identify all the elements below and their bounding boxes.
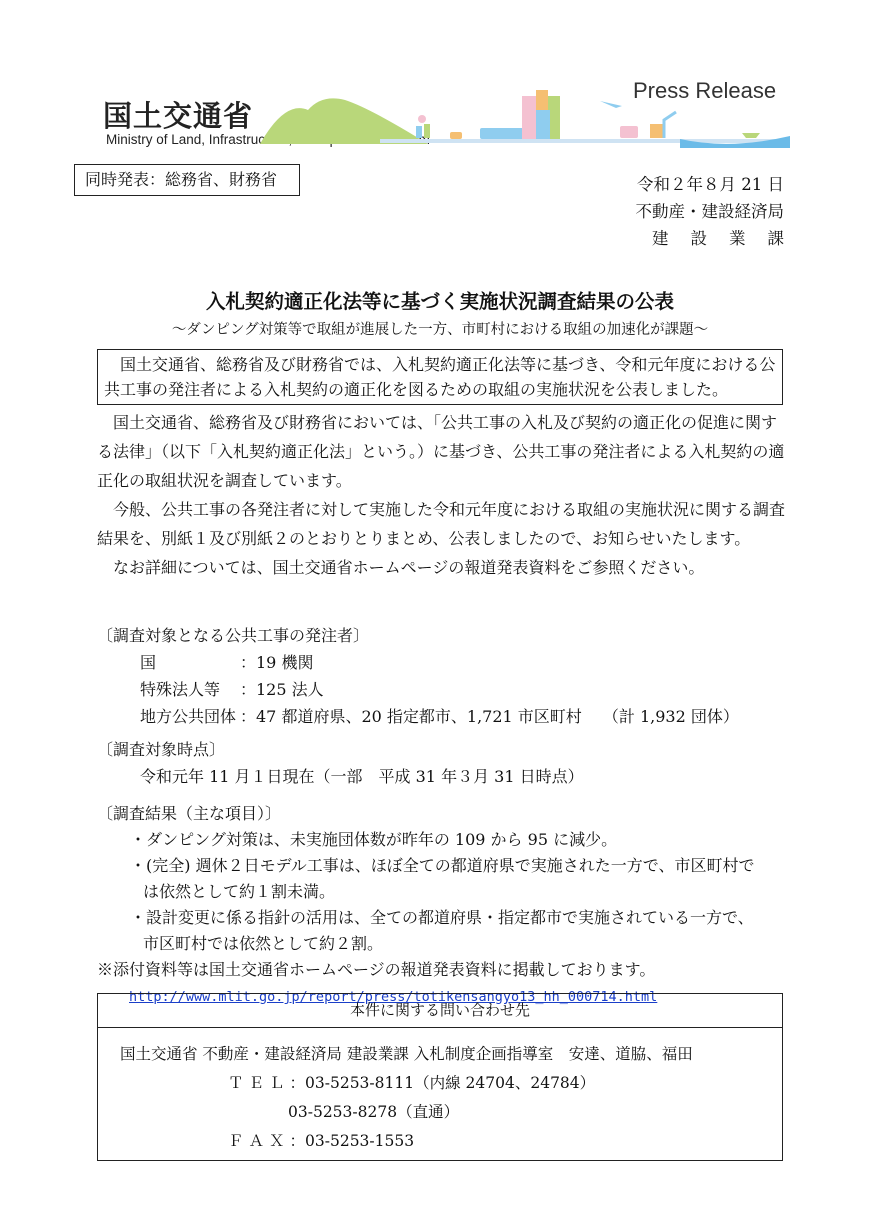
truck-icon <box>620 126 638 138</box>
target-row: 地方公共団体 ：47 都道府県、20 指定都市、1,721 市区町村 （計 1,… <box>140 703 739 730</box>
result-line: 市区町村では依然として約２割。 <box>130 931 754 957</box>
bureau-name: 不動産・建設経済局 <box>636 198 785 225</box>
result-line: は依然として約１割未満。 <box>130 879 754 905</box>
tel-label: ＴＥＬ <box>228 1074 290 1092</box>
factory-icon <box>650 124 664 138</box>
summary-text: 国土交通省、総務省及び財務省では、入札契約適正化法等に基づき、令和元年度における… <box>104 352 776 402</box>
survey-time-section: 〔調査対象時点〕 令和元年 11 月１日現在（一部 平成 31 年３月 31 日… <box>97 736 584 790</box>
body-paragraph: 国土交通省、総務省及び財務省においては、「公共工事の入札及び契約の適正化の促進に… <box>97 408 787 495</box>
release-date: 令和２年８月 21 日 <box>636 171 785 198</box>
page-title: 入札契約適正化法等に基づく実施状況調査結果の公表 <box>0 286 880 314</box>
page-subtitle: ～ダンピング対策等で取組が進展した一方、市町村における取組の加速化が課題～ <box>0 318 880 339</box>
survey-targets-section: 〔調査対象となる公共工事の発注者〕 国 ：19 機関 特殊法人等 ：125 法人… <box>97 622 739 730</box>
ministry-logo-jp: 国土交通省 <box>103 94 253 135</box>
banner-illustration <box>250 88 790 148</box>
result-line: ・ダンピング対策は、未実施団体数が昨年の 109 から 95 に減少。 <box>130 827 754 853</box>
summary-box: 国土交通省、総務省及び財務省では、入札契約適正化法等に基づき、令和元年度における… <box>97 349 783 405</box>
section-heading: 〔調査対象となる公共工事の発注者〕 <box>97 622 739 649</box>
date-block: 令和２年８月 21 日 不動産・建設経済局 建設業課 <box>636 171 785 252</box>
target-value: ：19 機関 <box>240 649 313 676</box>
target-row: 特殊法人等 ：125 法人 <box>140 676 739 703</box>
result-item: ・ダンピング対策は、未実施団体数が昨年の 109 から 95 に減少。 <box>97 827 754 853</box>
tel-number: ：03-5253-8111（内線 24704、24784） <box>290 1074 596 1092</box>
survey-time-value: 令和元年 11 月１日現在（一部 平成 31 年３月 31 日時点） <box>97 763 584 790</box>
attachment-note: ※添付資料等は国土交通省ホームページの報道発表資料に掲載しております。 <box>97 957 754 983</box>
results-section: 〔調査結果（主な項目）〕 ・ダンピング対策は、未実施団体数が昨年の 109 から… <box>97 801 754 1010</box>
body-paragraph: なお詳細については、国土交通省ホームページの報道発表資料をご参照ください。 <box>97 553 787 582</box>
target-value: ：125 法人 <box>240 676 324 703</box>
contact-heading: 本件に関する問い合わせ先 <box>98 994 782 1028</box>
section-heading: 〔調査対象時点〕 <box>97 736 584 763</box>
contact-box: 本件に関する問い合わせ先 国土交通省 不動産・建設経済局 建設業課 入札制度企画… <box>97 993 783 1161</box>
hills-icon <box>260 98 428 144</box>
division-name: 建設業課 <box>636 225 807 252</box>
car-icon <box>450 132 462 139</box>
result-item: ・設計変更に係る指針の活用は、全ての都道府県・指定都市で実施されている一方で、 … <box>97 905 754 957</box>
target-key: 国 <box>140 649 240 676</box>
target-key: 地方公共団体 <box>140 703 240 730</box>
body-paragraph: 今般、公共工事の各発注者に対して実施した令和元年度における取組の実施状況に関する… <box>97 495 787 553</box>
target-row: 国 ：19 機関 <box>140 649 739 676</box>
ship-icon <box>742 133 760 138</box>
contact-tel: ＴＥＬ：03-5253-8111（内線 24704、24784） <box>98 1069 782 1098</box>
fax-number: ：03-5253-1553 <box>290 1132 415 1150</box>
contact-fax: ＦＡＸ：03-5253-1553 <box>98 1127 782 1156</box>
people-icon <box>416 115 430 138</box>
contact-tel-direct: 03-5253-8278（直通） <box>98 1098 782 1127</box>
target-value: ：47 都道府県、20 指定都市、1,721 市区町村 （計 1,932 団体） <box>240 703 739 730</box>
joint-release-box: 同時発表：総務省、財務省 <box>74 164 300 196</box>
section-heading: 〔調査結果（主な項目）〕 <box>97 801 754 827</box>
body-text: 国土交通省、総務省及び財務省においては、「公共工事の入札及び契約の適正化の促進に… <box>97 408 787 582</box>
result-line: ・設計変更に係る指針の活用は、全ての都道府県・指定都市で実施されている一方で、 <box>130 905 754 931</box>
result-line: ・(完全) 週休２日モデル工事は、ほぼ全ての都道府県で実施された一方で、市区町村… <box>130 853 754 879</box>
fax-label: ＦＡＸ <box>228 1132 290 1150</box>
contact-org: 国土交通省 不動産・建設経済局 建設業課 入札制度企画指導室 安達、道脇、福田 <box>98 1040 782 1069</box>
target-key: 特殊法人等 <box>140 676 240 703</box>
buildings-icon <box>522 90 560 139</box>
airplane-icon <box>600 101 622 108</box>
result-item: ・(完全) 週休２日モデル工事は、ほぼ全ての都道府県で実施された一方で、市区町村… <box>97 853 754 905</box>
crane-icon <box>664 112 676 138</box>
